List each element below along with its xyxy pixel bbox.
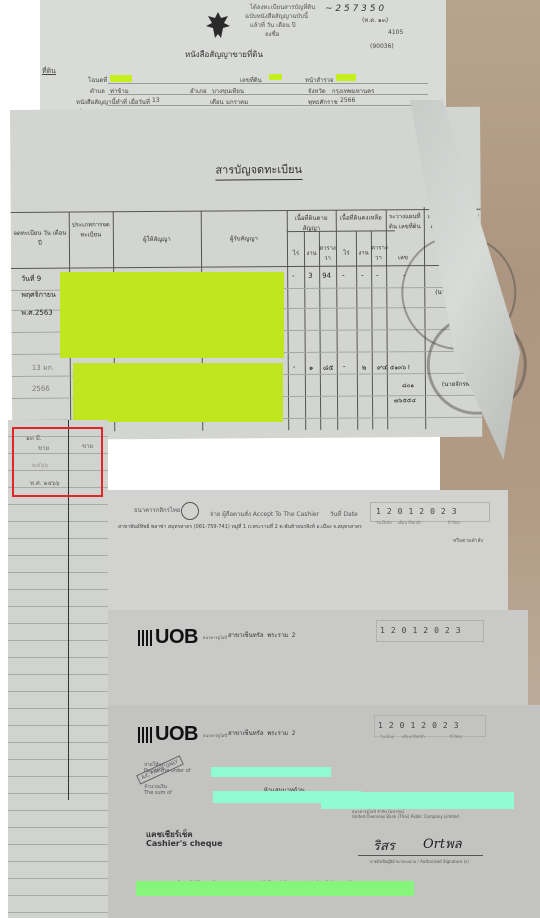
sum-label-en: The sum of bbox=[144, 790, 172, 796]
row2-rem-rai: - bbox=[343, 363, 346, 371]
uob1-date: 12012023 bbox=[380, 626, 467, 635]
uob2-bank-th: ธนาคารยูโอบี bbox=[203, 732, 227, 739]
kbank-branch: สาขาพันธ์ทิพย์ พลาซ่า สมุทรสาคร (061-759… bbox=[118, 523, 362, 531]
row1-date-3: พ.ศ.2563 bbox=[21, 308, 52, 319]
uob1-bank-th: ธนาคารยูโอบี bbox=[203, 634, 227, 641]
row1-ngan: 3 bbox=[308, 272, 313, 280]
subcol-rai-2: ไร่ bbox=[337, 248, 356, 258]
handwritten-header-4: ลงชื่อ bbox=[265, 29, 279, 39]
subcol-ngan: งาน bbox=[304, 248, 319, 258]
subdistrict-label: ตำบล bbox=[90, 86, 105, 96]
kbank-date-label: วันที่ Date bbox=[330, 509, 358, 519]
row1-rem-wa: - bbox=[376, 271, 379, 279]
kbank-logo-icon bbox=[181, 502, 199, 520]
subcol-ngan-2: งาน bbox=[356, 247, 371, 257]
row2-date-2: 2566 bbox=[32, 385, 50, 393]
highlight-line-4: พ.ศ. ๒๕๖๖ bbox=[30, 478, 60, 488]
row2-rem-ngan: ๒ bbox=[362, 363, 367, 374]
kbank-pay-to: จ่าย ผู้ถือตามสั่ง Accept To The Cashier bbox=[210, 509, 319, 519]
col-header-area-contract: เนื้อที่ดินตามสัญญา bbox=[288, 213, 335, 233]
redacted-land-no bbox=[269, 74, 282, 80]
form-suffix: (90036) bbox=[370, 43, 394, 50]
kbank-date-sub-month: เดือน Month bbox=[398, 519, 421, 526]
uob-bars-icon bbox=[138, 630, 152, 646]
uob2-date-sub-year: ปี Year bbox=[450, 733, 462, 740]
registration-heading: สารบัญจดทะเบียน bbox=[215, 160, 302, 181]
col-header-type: ประเภทการจดทะเบียน bbox=[71, 219, 111, 239]
redacted-deed-no bbox=[110, 75, 132, 82]
authorised-signature-1: ริสร bbox=[373, 835, 395, 856]
col-header-grantee: ผู้รับสัญญา bbox=[203, 233, 285, 244]
deed-no-label: โฉนดที่ bbox=[88, 75, 107, 85]
uob-cashier-cheque-1: UOB ธนาคารยูโอบี สาขาเซ็นทรัล พระราม 2 1… bbox=[108, 610, 528, 720]
deed-title: หนังสือสัญญาขายที่ดิน bbox=[185, 48, 263, 61]
redacted-party-row1 bbox=[60, 272, 284, 358]
authorised-signature-2: Ortพล bbox=[423, 833, 462, 854]
section-label: ที่ดิน bbox=[42, 66, 56, 77]
kbank-or-order: หรือตามคำสั่ง bbox=[453, 537, 483, 545]
col-header-area-remaining: เนื้อที่ดินคงเหลือ bbox=[337, 212, 385, 222]
row2-wa: ๘๕ bbox=[323, 363, 334, 374]
bank-full-en: United Overseas Bank (Thai) Public Compa… bbox=[352, 814, 459, 819]
kbank-name: ธนาคารกสิกรไทย bbox=[134, 505, 180, 515]
highlight-line-type: ขาย bbox=[82, 441, 93, 451]
row1-rem-ngan: - bbox=[361, 272, 364, 280]
form-code: (ท.ด. ๑๓) bbox=[362, 15, 388, 25]
row1-wa: 94 bbox=[322, 272, 331, 280]
subcol-wa: ตารางวา bbox=[319, 243, 336, 263]
uob-logo-text: UOB bbox=[155, 723, 198, 746]
col-header-date: จดทะเบียน วัน เดือน ปี bbox=[13, 228, 67, 248]
row1-rem-rai: - bbox=[342, 272, 345, 280]
uob-logo: UOB bbox=[138, 626, 198, 649]
row1-rai: - bbox=[292, 272, 295, 280]
uob-bars-icon bbox=[138, 727, 152, 743]
year-value: 2566 bbox=[340, 97, 355, 104]
redacted-payee bbox=[211, 767, 331, 777]
uob-logo: UOB bbox=[138, 723, 198, 746]
highlight-line-1: ๑๓ มี. bbox=[26, 433, 42, 443]
row2-extra-2: ๗๖๕๕๔ bbox=[394, 395, 416, 405]
day-value: 13 bbox=[152, 97, 160, 104]
redacted-micr-line bbox=[136, 881, 414, 896]
highlight-line-2: ขาย bbox=[38, 443, 49, 453]
form-number: 4105 bbox=[388, 29, 403, 36]
row2-extra-1: ๘๐๑ bbox=[402, 380, 414, 390]
row2-ngan: ๑ bbox=[309, 363, 314, 374]
uob1-branch: สาขาเซ็นทรัล พระราม 2 bbox=[228, 630, 295, 640]
uob2-branch: สาขาเซ็นทรัล พระราม 2 bbox=[228, 728, 295, 738]
row2-map-no: ๕๑๓๖ I bbox=[390, 362, 410, 372]
signature-label: ลายมือชื่อผู้มีอำนาจลงนาม / Authorised S… bbox=[370, 858, 469, 865]
uob2-date-sub-day: วัน Day bbox=[380, 733, 394, 740]
row2-rem-wa: ๙๔ bbox=[377, 362, 388, 373]
redacted-amount-2 bbox=[321, 792, 514, 809]
uob2-date: 12012023 bbox=[378, 721, 465, 730]
garuda-emblem-icon bbox=[204, 10, 232, 42]
redacted-survey-page bbox=[336, 74, 356, 81]
highlight-line-3: ๒๕๖๖ bbox=[32, 460, 48, 470]
row2-date-1: 13 มก. bbox=[32, 363, 54, 374]
subcol-rai: ไร่ bbox=[288, 248, 304, 258]
subcol-wa-2: ตารางวา bbox=[371, 242, 386, 262]
kbank-date: 12012023 bbox=[376, 507, 463, 516]
kbank-date-sub-day: วัน Date bbox=[376, 519, 392, 526]
redacted-party-row2 bbox=[73, 363, 283, 422]
uob2-date-sub-month: เดือน Month bbox=[402, 733, 425, 740]
uob-logo-text: UOB bbox=[155, 626, 198, 649]
cheque-type-en: Cashier's cheque bbox=[146, 839, 223, 848]
row2-rai: - bbox=[293, 363, 296, 371]
kbank-date-sub-year: ปี Year bbox=[448, 519, 460, 526]
col-header-map: ระวางแผนที่ดิน เลขที่ดิน bbox=[387, 211, 423, 231]
row1-date-1: วันที่ 9 bbox=[21, 274, 41, 285]
col-header-grantor: ผู้ให้สัญญา bbox=[115, 234, 199, 245]
row1-date-2: พฤศจิกายน bbox=[21, 290, 56, 301]
